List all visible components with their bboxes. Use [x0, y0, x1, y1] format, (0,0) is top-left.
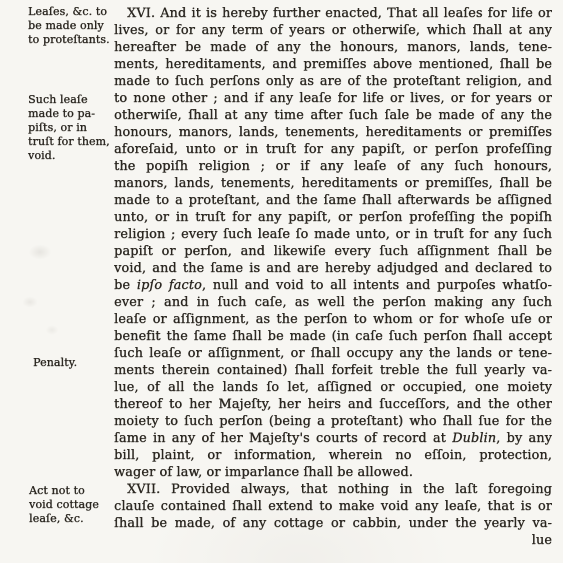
margin-note-lease-to-papists-void: Such leaſe made to pa- piſts, or in truſ…: [28, 93, 114, 163]
text-line: ments, hereditaments, and premiſſes abov…: [114, 56, 552, 73]
margin-note-penalty: Penalty.: [33, 356, 119, 370]
text-line: leaſe or aſſignment, as the perſon to wh…: [114, 311, 552, 328]
text-run: ſame in any of her Majeſty's courts of r…: [114, 431, 452, 446]
text-line-section-xvii-start: XVII. Provided always, that nothing in t…: [114, 481, 552, 498]
text-line: ſhall be made, of any cottage or cabbin,…: [114, 515, 552, 532]
text-run: be: [114, 278, 137, 293]
statute-page-scan: Leaſes, &c. to be made only to proteſtan…: [0, 0, 563, 563]
text-line: made to a proteſtant, and the ſame ſhall…: [114, 192, 552, 209]
text-line: bill, plaint, or information, wherein no…: [114, 447, 552, 464]
text-line: ever ; and in ſuch caſe, as well the per…: [114, 294, 552, 311]
text-line: manors, lands, tenements, hereditaments …: [114, 175, 552, 192]
text-line: the popiſh religion ; or if any leaſe of…: [114, 158, 552, 175]
text-line: religion ; every ſuch leaſe ſo made unto…: [114, 226, 552, 243]
text-line: ſuch leaſe or aſſignment, or ſhall occup…: [114, 345, 552, 362]
text-line-with-latin-phrase: be ipſo facto, null and void to all inte…: [114, 277, 552, 294]
text-line: benefit the ſame ſhall be made (in caſe …: [114, 328, 552, 345]
text-line: hereafter be made of any the honours, ma…: [114, 39, 552, 56]
text-line: ments therein contained) ſhall forfeit t…: [114, 362, 552, 379]
text-line: aforeſaid, unto or in truſt for any papi…: [114, 141, 552, 158]
text-line-with-place-name: ſame in any of her Majeſty's courts of r…: [114, 430, 552, 447]
text-run: , null and void to all intents and purpo…: [202, 278, 552, 293]
text-line-paragraph-end: wager of law, or imparlance ſhall be all…: [114, 464, 552, 481]
text-line: lue, of all the lands ſo let, aſſigned o…: [114, 379, 552, 396]
text-line: void, and the ſame is and are hereby adj…: [114, 260, 552, 277]
italic-phrase-ipso-facto: ipſo facto: [137, 278, 202, 293]
catchword: lue: [114, 532, 552, 549]
margin-note-leases-to-protestants: Leaſes, &c. to be made only to proteſtan…: [28, 5, 114, 47]
text-line: moiety to ſuch perſon (being a proteſtan…: [114, 413, 552, 430]
text-line: clauſe contained ſhall extend to make vo…: [114, 498, 552, 515]
text-line: thereof to her Majeſty, her heirs and ſu…: [114, 396, 552, 413]
text-line: lives, or for any term of years or other…: [114, 22, 552, 39]
text-run: , by any: [496, 431, 552, 446]
text-line: honours, manors, lands, tenements, hered…: [114, 124, 552, 141]
body-text: XVI. And it is hereby further enacted, T…: [114, 5, 552, 549]
text-line: otherwiſe, ſhall at any time after ſuch …: [114, 107, 552, 124]
text-line: papiſt or perſon, and likewiſe every ſuc…: [114, 243, 552, 260]
italic-place-dublin: Dublin: [452, 431, 496, 446]
text-line: to none other ; and if any leaſe for lif…: [114, 90, 552, 107]
text-line: unto, or in truſt for any papiſt, or per…: [114, 209, 552, 226]
text-line-section-xvi-start: XVI. And it is hereby further enacted, T…: [114, 5, 552, 22]
margin-note-cottage-lease: Act not to void cottage leaſe, &c.: [29, 484, 115, 526]
text-line: made to ſuch perſons only as are of the …: [114, 73, 552, 90]
